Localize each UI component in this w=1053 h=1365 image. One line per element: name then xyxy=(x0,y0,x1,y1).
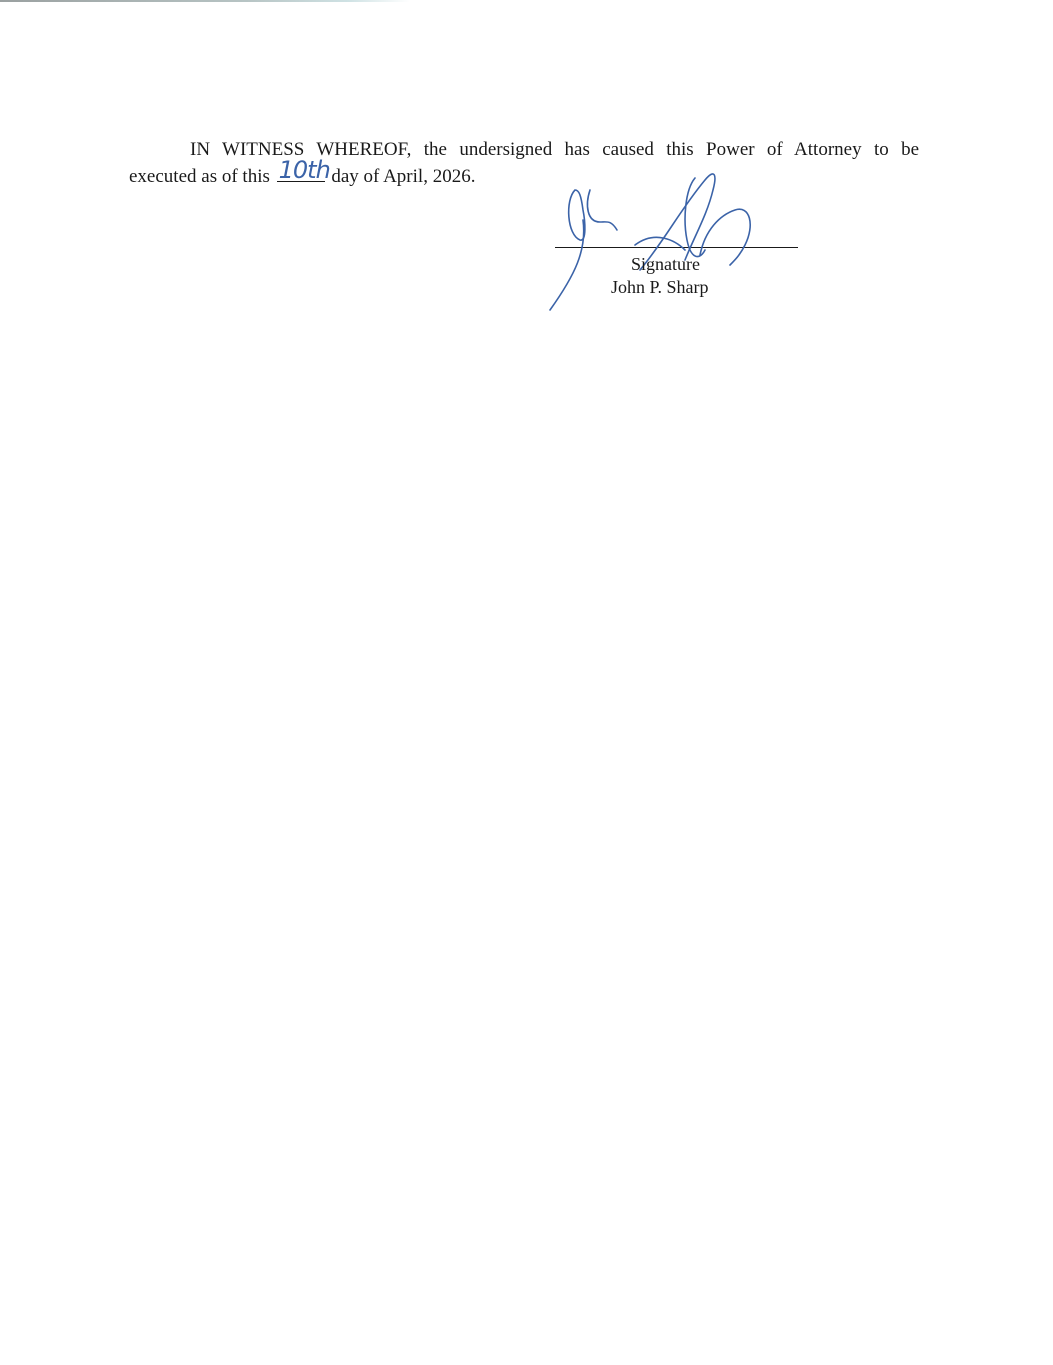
signature-block: Signature John P. Sharp xyxy=(555,170,800,320)
witness-line-2: executed as of this 10th day of April, 2… xyxy=(129,163,919,190)
handwritten-day: 10th xyxy=(279,157,330,183)
witness-line-1: IN WITNESS WHEREOF, the undersigned has … xyxy=(129,137,919,163)
day-blank: 10th xyxy=(277,163,325,182)
signer-name: John P. Sharp xyxy=(611,277,709,298)
execution-date-suffix: day of April, 2026. xyxy=(331,166,475,187)
witness-paragraph: IN WITNESS WHEREOF, the undersigned has … xyxy=(129,137,919,190)
scan-edge-artifact xyxy=(0,0,410,2)
execution-date-prefix: executed as of this xyxy=(129,166,270,187)
signature-label: Signature xyxy=(631,254,700,275)
